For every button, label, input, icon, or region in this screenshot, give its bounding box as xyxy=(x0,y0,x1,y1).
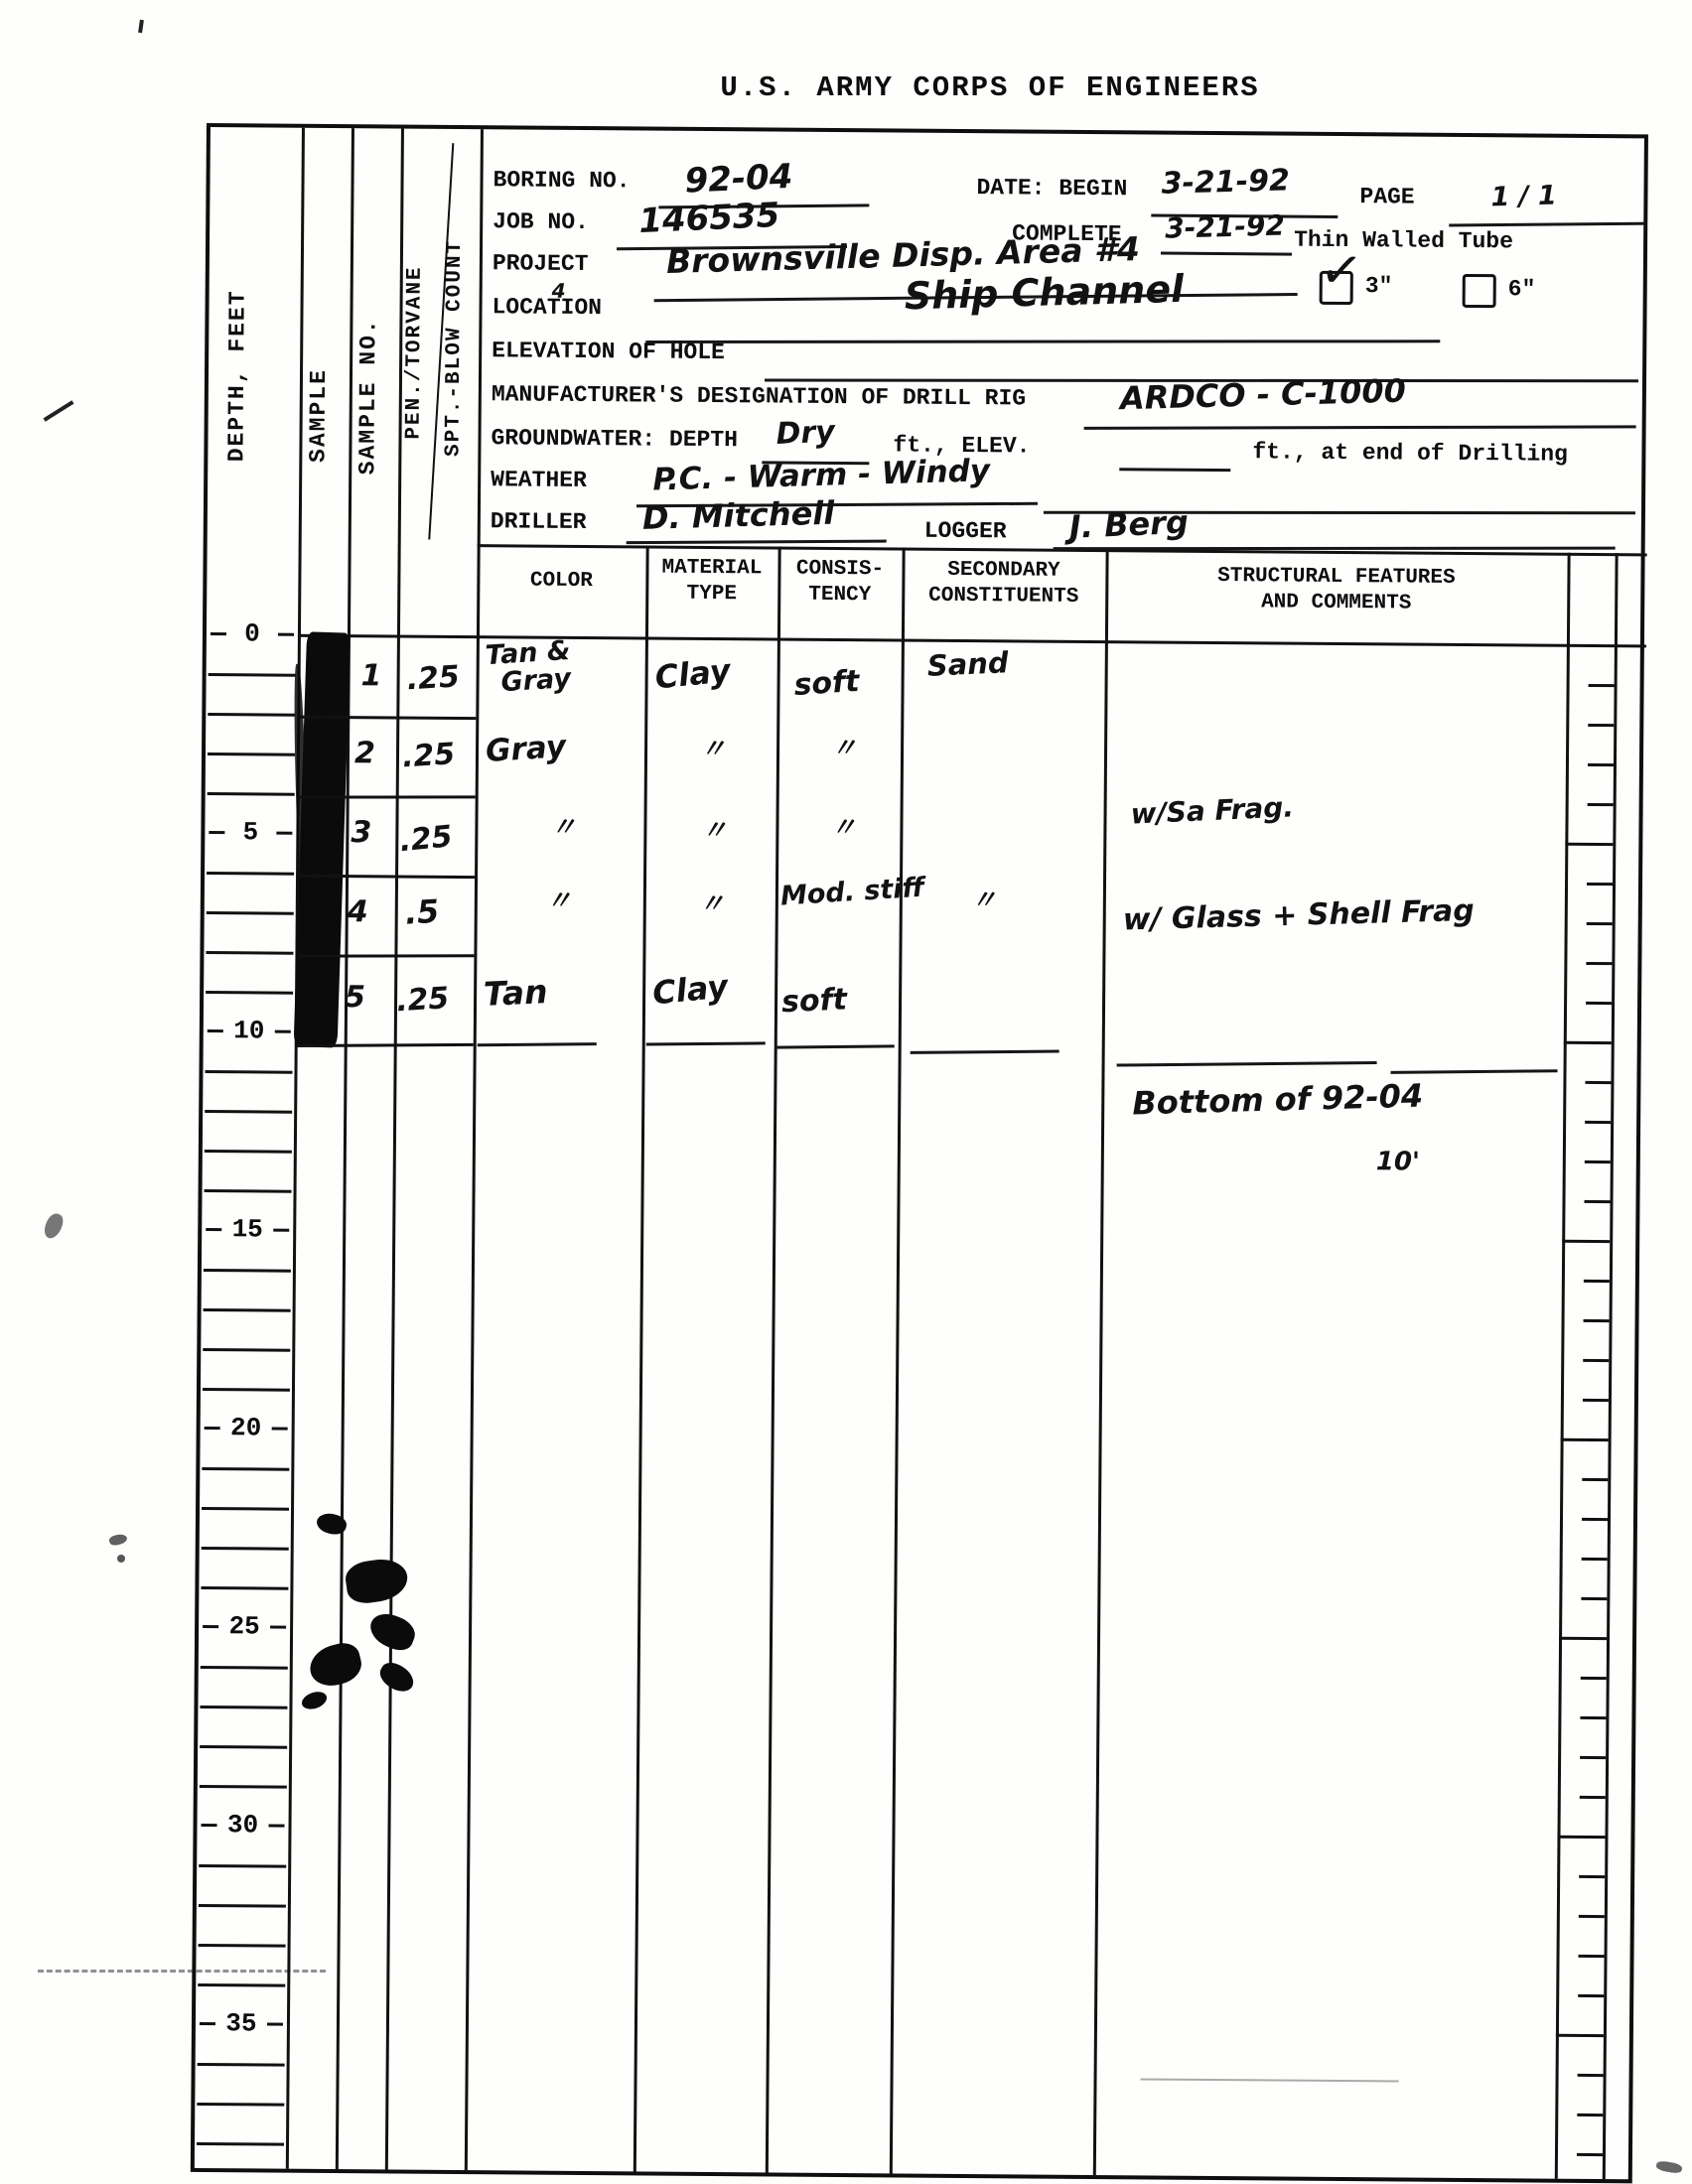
pen-torvane-value: .25 xyxy=(401,737,456,774)
side-label-spt-blow-count: SPT.-BLOW COUNT xyxy=(442,149,468,546)
faint-rule xyxy=(1141,2078,1399,2082)
elevation-5ft-rule xyxy=(1564,1041,1612,1044)
depth-1ft-rule xyxy=(201,1586,288,1590)
location-value: Ship Channel xyxy=(904,267,1184,319)
driller-underline xyxy=(627,540,887,545)
depth-number: 10 xyxy=(233,1016,264,1045)
depth-number: 15 xyxy=(232,1214,263,1244)
column-header-structural: STRUCTURAL FEATURESAND COMMENTS xyxy=(1105,563,1567,618)
depth-tick-dash xyxy=(276,831,292,834)
grid-rule xyxy=(385,129,404,2170)
ink-smudge xyxy=(375,1658,418,1697)
pen-torvane-value: .25 xyxy=(395,981,450,1019)
groundwater-label: GROUNDWATER: DEPTH xyxy=(491,425,738,453)
pen-torvane-value: .5 xyxy=(404,892,441,932)
depth-label-35ft: 35 xyxy=(200,2008,283,2039)
depth-1ft-rule xyxy=(200,1745,287,1749)
depth-1ft-rule xyxy=(208,792,295,796)
elevation-1ft-tick xyxy=(1581,1677,1607,1680)
logger-label: LOGGER xyxy=(924,518,1007,545)
boring-no-label: BORING NO. xyxy=(493,167,630,194)
depth-1ft-rule xyxy=(203,1348,290,1352)
depth-1ft-rule xyxy=(207,911,294,915)
column-header-material: MATERIALTYPE xyxy=(645,555,777,608)
depth-tick-dash xyxy=(202,1824,217,1827)
bottom-depth-note: 10' xyxy=(1376,1147,1420,1176)
elevation-1ft-tick xyxy=(1577,2114,1603,2116)
elevation-5ft-rule xyxy=(1556,2034,1604,2037)
scan-artifact-slash xyxy=(44,400,74,421)
elevation-1ft-tick xyxy=(1578,2074,1604,2077)
depth-1ft-rule xyxy=(209,673,296,677)
color-ditto: 〃 xyxy=(550,807,576,844)
depth-1ft-rule xyxy=(205,1150,292,1154)
weather-label: WEATHER xyxy=(491,467,587,493)
color-ditto: 〃 xyxy=(546,881,572,917)
depth-label-30ft: 30 xyxy=(201,1810,284,1841)
drill-rig-underline xyxy=(1084,425,1636,429)
depth-1ft-rule xyxy=(206,951,293,955)
depth-number: 20 xyxy=(230,1413,261,1442)
ink-smudge xyxy=(365,1608,419,1654)
depth-1ft-rule xyxy=(201,1666,288,1670)
scan-artifact-marks xyxy=(108,1533,128,1547)
side-label-pen-torvane: PEN./TORVANE xyxy=(402,159,428,546)
depth-1ft-rule xyxy=(202,1507,289,1511)
end-of-data-underline xyxy=(911,1049,1059,1053)
depth-1ft-rule xyxy=(202,1547,289,1551)
ink-smudge xyxy=(300,1689,330,1712)
sample-no: 1 xyxy=(360,658,381,693)
elevation-5ft-rule xyxy=(1561,1438,1609,1441)
depth-label-20ft: 20 xyxy=(205,1413,288,1443)
drill-rig-label: MANUFACTURER'S DESIGNATION OF DRILL RIG xyxy=(492,381,1026,411)
depth-label-0ft: 0 xyxy=(211,618,294,649)
tube-3in-checkmark: ✓ xyxy=(1317,239,1366,304)
date-begin-value: 3-21-92 xyxy=(1161,163,1290,201)
depth-tick-dash xyxy=(200,2022,215,2025)
elevation-1ft-tick xyxy=(1588,803,1614,806)
depth-1ft-rule xyxy=(200,1785,287,1789)
elevation-1ft-tick xyxy=(1580,1756,1606,1759)
elevation-1ft-tick xyxy=(1587,922,1613,925)
depth-tick-dash xyxy=(269,1824,285,1827)
page-value: 1 / 1 xyxy=(1490,181,1557,213)
material-value: Clay xyxy=(651,967,730,1012)
bottom-note-rule xyxy=(1391,1069,1558,1074)
depth-1ft-rule xyxy=(198,2063,285,2067)
elevation-1ft-tick xyxy=(1577,2153,1603,2156)
elevation-label: ELEVATION OF HOLE xyxy=(492,338,725,365)
depth-tick-dash xyxy=(270,1625,286,1628)
elevation-1ft-tick xyxy=(1582,1518,1608,1521)
elevation-1ft-tick xyxy=(1587,883,1613,886)
depth-1ft-rule xyxy=(199,1864,286,1868)
elevation-1ft-tick xyxy=(1585,1121,1611,1124)
elevation-1ft-tick xyxy=(1583,1399,1609,1402)
grid-rule xyxy=(1093,549,1109,2175)
grid-rule xyxy=(465,129,484,2170)
depth-number: 5 xyxy=(242,817,258,847)
scan-artifact-smudge-left xyxy=(42,1211,66,1241)
depth-1ft-rule xyxy=(199,1944,286,1948)
grid-rule xyxy=(634,545,649,2171)
depth-number: 0 xyxy=(244,618,260,648)
pen-torvane-value: .25 xyxy=(398,819,454,859)
comment-value: w/ Glass + Shell Frag xyxy=(1122,893,1475,938)
elevation-5ft-rule xyxy=(1559,1637,1607,1640)
elevation-1ft-tick xyxy=(1584,1200,1610,1203)
grid-rule xyxy=(336,128,354,2169)
depth-tick-dash xyxy=(211,632,226,635)
secondary-value: Sand xyxy=(926,645,1009,683)
date-complete-underline xyxy=(1161,252,1292,256)
depth-1ft-rule xyxy=(204,1269,291,1273)
end-of-data-underline xyxy=(478,1042,597,1046)
depth-1ft-rule xyxy=(205,1189,292,1193)
date-complete-value: 3-21-92 xyxy=(1165,208,1286,244)
comment-value: w/Sa Frag. xyxy=(1130,790,1295,830)
depth-tick-dash xyxy=(278,632,294,635)
date-begin-label: DATE: BEGIN xyxy=(976,175,1127,202)
driller-value: D. Mitchell xyxy=(641,494,834,537)
material-ditto: 〃 xyxy=(699,884,725,920)
boring-log-form: DEPTH, FEET SAMPLE SAMPLE NO. PEN./TORVA… xyxy=(191,123,1648,2183)
tube-3in-label: 3" xyxy=(1365,273,1393,299)
depth-1ft-rule xyxy=(197,2103,284,2107)
bottom-note-rule xyxy=(1117,1061,1377,1067)
elevation-1ft-tick xyxy=(1579,1955,1605,1958)
drill-rig-value: ARDCO - C-1000 xyxy=(1119,371,1406,417)
depth-1ft-rule xyxy=(199,1904,286,1908)
depth-tick-dash xyxy=(206,1228,221,1231)
sample-no: 4 xyxy=(348,894,368,929)
elevation-1ft-tick xyxy=(1581,1597,1607,1600)
consistency-ditto: 〃 xyxy=(831,728,857,764)
logger-underline xyxy=(1054,547,1616,550)
consistency-value: Mod. stiff xyxy=(779,873,925,912)
location-label: LOCATION xyxy=(492,294,602,321)
elevation-1ft-tick xyxy=(1582,1558,1608,1561)
depth-1ft-rule xyxy=(208,752,295,756)
material-value: Clay xyxy=(653,651,732,696)
end-of-data-underline xyxy=(775,1044,895,1048)
depth-tick-dash xyxy=(208,1029,223,1032)
side-label-sample: SAMPLE xyxy=(305,287,333,545)
location-underline xyxy=(645,340,1440,343)
grid-rule xyxy=(890,548,906,2174)
depth-1ft-rule xyxy=(207,872,294,876)
page-title: U.S. ARMY CORPS OF ENGINEERS xyxy=(707,71,1273,104)
sample-no: 3 xyxy=(351,815,371,850)
elevation-1ft-tick xyxy=(1579,1915,1605,1918)
elevation-1ft-tick xyxy=(1584,1319,1610,1322)
logger-value: J. Berg xyxy=(1068,503,1190,546)
elevation-5ft-rule xyxy=(1557,1836,1605,1839)
job-no-value: 146535 xyxy=(637,196,780,241)
color-value: Tan &Gray xyxy=(485,637,573,698)
depth-1ft-rule xyxy=(208,713,295,717)
elevation-1ft-tick xyxy=(1585,1081,1611,1084)
color-value: Tan xyxy=(483,972,548,1014)
groundwater-depth-value: Dry xyxy=(775,414,836,452)
elevation-1ft-tick xyxy=(1580,1796,1606,1799)
pen-torvane-value: .25 xyxy=(406,659,461,697)
depth-scale-column: 05101520253035 xyxy=(195,127,302,2169)
sample-row-divider xyxy=(297,954,474,957)
elevation-1ft-tick xyxy=(1583,1359,1609,1362)
project-label: PROJECT xyxy=(493,250,589,277)
consistency-ditto: 〃 xyxy=(830,807,856,844)
elevation-1ft-tick xyxy=(1580,1716,1606,1719)
depth-tick-dash xyxy=(205,1427,220,1430)
weather-value: P.C. - Warm - Windy xyxy=(652,453,991,497)
elevation-5ft-rule xyxy=(1565,843,1613,846)
column-header-consistency: CONSIS-TENCY xyxy=(777,557,902,610)
color-value: Gray xyxy=(485,729,567,769)
driller-label: DRILLER xyxy=(491,508,587,535)
elevation-1ft-tick xyxy=(1588,763,1614,766)
depth-number: 25 xyxy=(228,1611,259,1641)
elevation-5ft-rule xyxy=(1562,1240,1610,1243)
elevation-1ft-tick xyxy=(1584,1280,1610,1283)
elevation-1ft-tick xyxy=(1586,1002,1612,1005)
sample-row-divider xyxy=(297,1043,474,1047)
depth-1ft-rule xyxy=(205,1070,292,1074)
depth-tick-dash xyxy=(203,1625,218,1628)
grid-rule xyxy=(766,547,781,2173)
depth-label-10ft: 10 xyxy=(208,1016,291,1046)
depth-1ft-rule xyxy=(206,991,293,995)
scan-artifact-dot xyxy=(117,1555,125,1563)
secondary-ditto: 〃 xyxy=(971,880,997,916)
sample-no: 2 xyxy=(354,736,375,770)
material-ditto: 〃 xyxy=(700,729,726,765)
depth-label-5ft: 5 xyxy=(209,817,292,848)
depth-1ft-rule xyxy=(203,1388,290,1392)
ink-smudge xyxy=(344,1557,410,1606)
consistency-value: soft xyxy=(793,664,861,703)
elev-underline xyxy=(1119,468,1230,472)
elevation-1ft-tick xyxy=(1589,684,1615,687)
depth-tick-dash xyxy=(272,1427,288,1430)
depth-tick-dash xyxy=(267,2022,283,2025)
tube-6in-checkbox[interactable] xyxy=(1463,274,1496,308)
elevation-1ft-tick xyxy=(1586,962,1612,965)
elevation-1ft-tick xyxy=(1582,1478,1608,1481)
depth-tick-dash xyxy=(273,1228,289,1231)
bottom-of-boring-note: Bottom of 92-04 xyxy=(1132,1077,1424,1123)
depth-number: 30 xyxy=(227,1810,258,1840)
depth-1ft-rule xyxy=(200,1706,287,1709)
job-no-label: JOB NO. xyxy=(493,208,589,235)
column-header-secondary: SECONDARYCONSTITUENTS xyxy=(902,558,1105,612)
scan-artifact-tick xyxy=(138,20,144,33)
depth-1ft-rule xyxy=(204,1308,291,1312)
depth-1ft-rule xyxy=(202,1467,289,1471)
scanned-boring-log-page: U.S. ARMY CORPS OF ENGINEERS DEPTH, FEET… xyxy=(0,0,1692,2184)
tube-6in-label: 6" xyxy=(1508,276,1536,302)
depth-label-15ft: 15 xyxy=(206,1214,289,1245)
page-label: PAGE xyxy=(1359,184,1414,209)
side-label-sample-no: SAMPLE NO. xyxy=(354,247,382,545)
sample-no: 5 xyxy=(345,980,365,1015)
elevation-1ft-tick xyxy=(1588,724,1614,727)
depth-tick-dash xyxy=(209,831,224,834)
depth-tick-dash xyxy=(275,1029,291,1032)
scan-artifact-corner xyxy=(1655,2160,1682,2174)
ink-smudge xyxy=(306,1640,365,1691)
elevation-1ft-tick xyxy=(1579,1875,1605,1878)
elevation-1ft-tick xyxy=(1578,1994,1604,1997)
depth-label-25ft: 25 xyxy=(203,1611,286,1642)
elevation-1ft-tick xyxy=(1585,1160,1611,1163)
depth-number: 35 xyxy=(225,2008,256,2038)
sample-row-divider xyxy=(299,795,476,798)
column-header-color: COLOR xyxy=(477,568,645,595)
end-of-data-underline xyxy=(646,1041,766,1045)
consistency-value: soft xyxy=(780,982,847,1020)
depth-1ft-rule xyxy=(198,1983,285,1987)
material-ditto: 〃 xyxy=(701,810,727,847)
end-drilling-label: ft., at end of Drilling xyxy=(1252,439,1568,467)
depth-1ft-rule xyxy=(205,1110,292,1114)
depth-1ft-rule xyxy=(197,2142,284,2146)
